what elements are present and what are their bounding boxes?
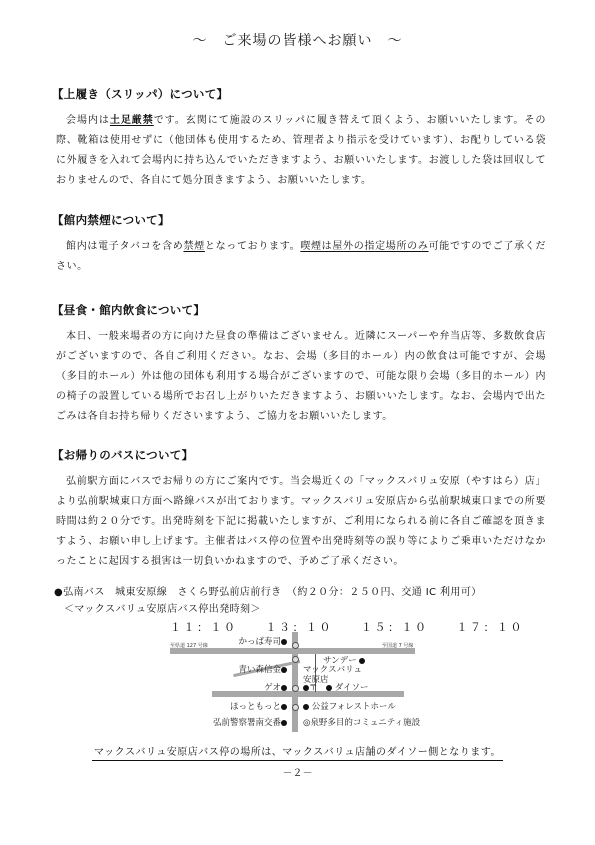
dot-icon	[281, 667, 287, 673]
section-paragraph: 本日、一般来場者の方に向けた昼食の準備はございません。近隣にスーパーや弁当店等、…	[56, 327, 546, 427]
landmark-forest-hall: 公益フォレストホール	[303, 700, 396, 712]
page-title: ～ ご来場の皆様へお願い ～	[0, 30, 595, 50]
dot-icon	[359, 658, 365, 664]
road-label-left: 至県道 127 号線	[170, 642, 208, 649]
section-slippers: 【上履き（スリッパ）について】 会場内は土足厳禁です。玄関にて施設のスリッパに履…	[56, 86, 546, 191]
page-number: －２－	[0, 764, 595, 779]
bus-stop-icon	[292, 685, 299, 692]
section-heading: 【上履き（スリッパ）について】	[52, 86, 546, 102]
section-heading: 【昼食・館内飲食について】	[52, 302, 546, 318]
dot-icon	[303, 685, 309, 691]
road-label-right: 至国道 7 号線	[382, 642, 413, 649]
section-heading: 【お帰りのバスについて】	[52, 447, 546, 463]
text: となっております。	[205, 241, 300, 252]
section-paragraph: 会場内は土足厳禁です。玄関にて施設のスリッパに履き替えて頂くよう、お願いいたしま…	[56, 111, 546, 191]
dot-icon	[281, 704, 287, 710]
dot-icon	[281, 720, 287, 726]
post-office-marker: 〒	[303, 681, 318, 693]
departure-time: １７：１０	[457, 619, 525, 635]
landmark-label: ダイソー	[335, 683, 369, 693]
bus-line-info: ●弘南バス 城東安原線 さくら野弘前店前行き （約２０分：２５０円、交通 IC …	[54, 583, 482, 598]
text: 会場内は	[66, 115, 110, 126]
bus-stop-icon	[292, 656, 299, 663]
landmark-label: ◎泉野多目的コミュニティ施設	[303, 718, 420, 728]
section-heading: 【館内禁煙について】	[52, 212, 546, 228]
landmark-label: 公益フォレストホール	[312, 702, 396, 712]
landmark-label: ほっともっと	[230, 702, 281, 712]
footer-note: マックスバリュ安原店バス停の場所は、マックスバリュ店舗のダイソー側となります。	[0, 743, 595, 758]
landmark-aoimori: 青い森信金	[238, 663, 287, 675]
landmark-hotto: ほっともっと	[230, 700, 287, 712]
dot-icon	[326, 685, 332, 691]
landmark-police: 弘前警察署南交番	[213, 716, 287, 728]
text: 館内は電子タバコを含め	[66, 241, 183, 252]
section-paragraph: 館内は電子タバコを含め禁煙となっております。喫煙は屋外の指定場所のみ可能ですので…	[56, 237, 546, 277]
landmark-label: 弘前警察署南交番	[213, 718, 281, 728]
dot-icon	[281, 639, 287, 645]
landmark-label: 青い森信金	[238, 665, 281, 675]
dot-icon	[281, 685, 287, 691]
landmark-label: かっぱ寿司	[238, 637, 281, 647]
emphasis-text: 禁煙	[183, 241, 204, 252]
bus-stop-icon	[292, 642, 299, 649]
landmark-kappa: かっぱ寿司	[238, 635, 287, 647]
section-bus: 【お帰りのバスについて】 弘前駅方面にバスでお帰りの方にご案内です。当会場近くの…	[56, 447, 546, 572]
dot-icon	[303, 704, 309, 710]
landmark-geo: ゲオ	[264, 681, 287, 693]
landmark-label: マックスバリュ	[303, 665, 362, 675]
landmark-izumino: ◎泉野多目的コミュニティ施設	[303, 716, 420, 728]
bus-stop-map: 至県道 127 号線 至国道 7 号線 かっぱ寿司 青い森信金 ゲオ ほっともっ…	[160, 632, 460, 732]
bus-stop-icon	[292, 704, 299, 711]
landmark-label: ゲオ	[264, 683, 281, 693]
landmark-daiso: ダイソー	[326, 681, 369, 693]
footer-note-text: マックスバリュ安原店バス停の場所は、マックスバリュ店舗のダイソー側となります。	[92, 747, 503, 761]
section-lunch: 【昼食・館内飲食について】 本日、一般来場者の方に向けた昼食の準備はございません…	[56, 302, 546, 427]
section-paragraph: 弘前駅方面にバスでお帰りの方にご案内です。当会場近くの「マックスバリュ安原（やす…	[56, 472, 546, 572]
emphasis-text: 土足厳禁	[110, 115, 154, 126]
timetable-label: ＜マックスバリュ安原店バス停出発時刻＞	[64, 600, 261, 615]
section-no-smoking: 【館内禁煙について】 館内は電子タバコを含め禁煙となっております。喫煙は屋外の指…	[56, 212, 546, 277]
emphasis-text: 喫煙は屋外の指定場所のみ	[300, 241, 428, 252]
